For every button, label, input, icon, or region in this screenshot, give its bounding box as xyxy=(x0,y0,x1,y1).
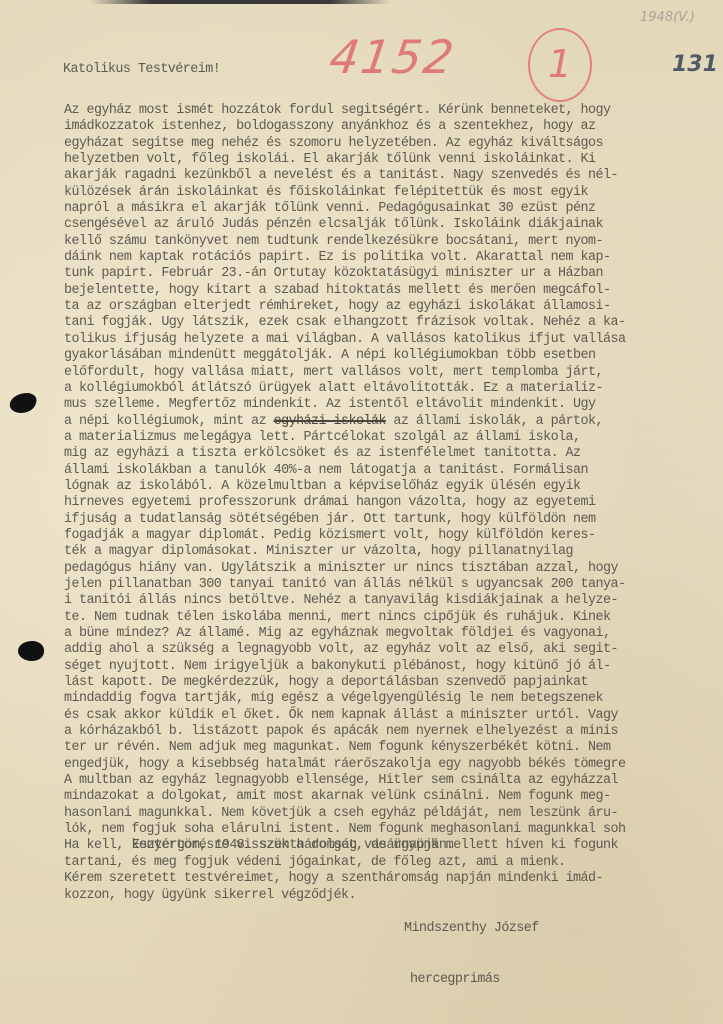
body-line: dáink nem kaptak rotációs papirt. Ez is … xyxy=(64,250,625,266)
body-line: lást kapott. De megkérdezzük, hogy a dep… xyxy=(64,675,625,691)
body-line: napról a másikra el akarják tőlünk venni… xyxy=(64,201,625,217)
body-line: és csak akkor küldik el őket. Ők nem kap… xyxy=(64,708,625,724)
body-line: mindaddig fogva tartják, mig egész a vég… xyxy=(64,691,625,707)
body-line: tolikus ifjuság helyzete a mai világban.… xyxy=(64,332,625,348)
body-line: előfordult, hogy vallása miatt, mert val… xyxy=(64,365,625,381)
body-line: a büne mindez? Az államé. Mig az egyházn… xyxy=(64,626,625,642)
body-line: Az egyház most ismét hozzátok fordul seg… xyxy=(64,103,625,119)
signature-name: Mindszenthy József xyxy=(404,920,539,937)
body-line: a népi kollégiumok, mint az egyházi isko… xyxy=(64,414,625,430)
body-line: tani fogják. Ugy látszik, ezek csak elha… xyxy=(64,315,625,331)
body-line: lók, nem fogjuk soha elárulni istent. Ne… xyxy=(64,822,625,838)
pencil-date-note: 1948(V.) xyxy=(640,10,695,25)
document-page: 4152 1 1948(V.) 131 Katolikus Testvéreim… xyxy=(0,0,723,1024)
body-line: a materializmus melegágya lett. Pártcélo… xyxy=(64,430,625,446)
body-line: imádkozzatok istenhez, boldogasszony any… xyxy=(64,119,625,135)
archive-number: 4152 xyxy=(326,30,459,84)
body-line: tunk papirt. Február 23.-án Ortutay közo… xyxy=(64,266,625,282)
signature-block: Mindszenthy József hercegprimás xyxy=(404,886,539,1022)
body-line: ték a magyar diplomásokat. Miniszter ur … xyxy=(64,544,625,560)
body-line: ta az országban elterjedt rémhireket, ho… xyxy=(64,299,625,315)
body-line: mindazokat a dolgokat, amit most akarnak… xyxy=(64,789,625,805)
body-line: egyházat segitse meg nehéz és szomoru he… xyxy=(64,136,625,152)
body-line: gyakorlásában mindenütt meggátolják. A n… xyxy=(64,348,625,364)
body-line: akarják ragadni kezünkből a nevelést és … xyxy=(64,168,625,184)
body-line: jelen pillanatban 300 tanyai tanitó van … xyxy=(64,577,625,593)
scan-edge xyxy=(90,0,390,4)
signature-title: hercegprimás xyxy=(404,971,539,988)
body-line: te. Nem tudnak télen iskolába menni, mer… xyxy=(64,610,625,626)
body-line: ifjuság a tudatlanság sötétségében jár. … xyxy=(64,512,625,528)
struck-out-text: egyházi iskolák xyxy=(274,414,386,429)
body-line: engedjük, hogy a kisebbség hatalmát ráer… xyxy=(64,757,625,773)
body-line: mus szelleme. Megfertőz mindenkit. Az is… xyxy=(64,397,625,413)
body-line: külözések árán iskoláinkat és főiskoláin… xyxy=(64,185,625,201)
body-line: a kollégiumokból átlátszó ürügyek alatt … xyxy=(64,381,625,397)
salutation: Katolikus Testvéreim! xyxy=(63,62,220,77)
body-line: A multban az egyház legnagyobb ellensége… xyxy=(64,773,625,789)
body-line: kellő számu tankönyvet nem tudtunk rende… xyxy=(64,234,625,250)
body-line: tartani, és meg fogjuk védeni jógainkat,… xyxy=(64,855,625,871)
body-line: séget nyujtott. Nem irigyeljük a bakonyk… xyxy=(64,659,625,675)
closing-place-date: Esztergom, 1948. szentháromság vasárnapj… xyxy=(132,838,454,854)
body-line: mig az egyházi a tiszta erkölcsöket és a… xyxy=(64,446,625,462)
body-line: a kórházakból b. listázott papok és apác… xyxy=(64,724,625,740)
body-line: hasonlani magunkkal. Nem követjük a cseh… xyxy=(64,806,625,822)
body-line: pedagógus hiány van. Ugylátszik a minisz… xyxy=(64,561,625,577)
body-line: fogadják a magyar diplomát. Pedig közism… xyxy=(64,528,625,544)
circled-page-number: 1 xyxy=(528,28,592,102)
folio-number: 131 xyxy=(672,52,718,77)
body-line: lógnak az iskolából. A közelmultban a ké… xyxy=(64,479,625,495)
body-line: addig ahol a szükség a legnagyobb volt, … xyxy=(64,642,625,658)
circled-page-number-text: 1 xyxy=(530,42,590,86)
letter-body: Az egyház most ismét hozzátok fordul seg… xyxy=(64,103,625,904)
body-line: hirneves egyetemi professzorunk drámai h… xyxy=(64,495,625,511)
body-line: Kérem szeretett testvéreimet, hogy a sze… xyxy=(64,871,625,887)
body-line: i tanitói állás nincs betöltve. Nehéz a … xyxy=(64,593,625,609)
body-line: kozzon, hogy ügyünk sikerrel végződjék. xyxy=(64,888,625,904)
body-line: ter ur révén. Nem adjuk meg magunkat. Ne… xyxy=(64,740,625,756)
punch-hole-top xyxy=(7,393,38,413)
body-line: helyzetben volt, főleg iskolái. El akarj… xyxy=(64,152,625,168)
body-line: bejelentette, hogy kitart a szabad hitok… xyxy=(64,283,625,299)
punch-hole-bottom xyxy=(18,641,44,661)
body-line: csengésével az áruló Judás pénzén elcsal… xyxy=(64,217,625,233)
body-line: állami iskolákban a tanulók 40%-a nem lá… xyxy=(64,463,625,479)
